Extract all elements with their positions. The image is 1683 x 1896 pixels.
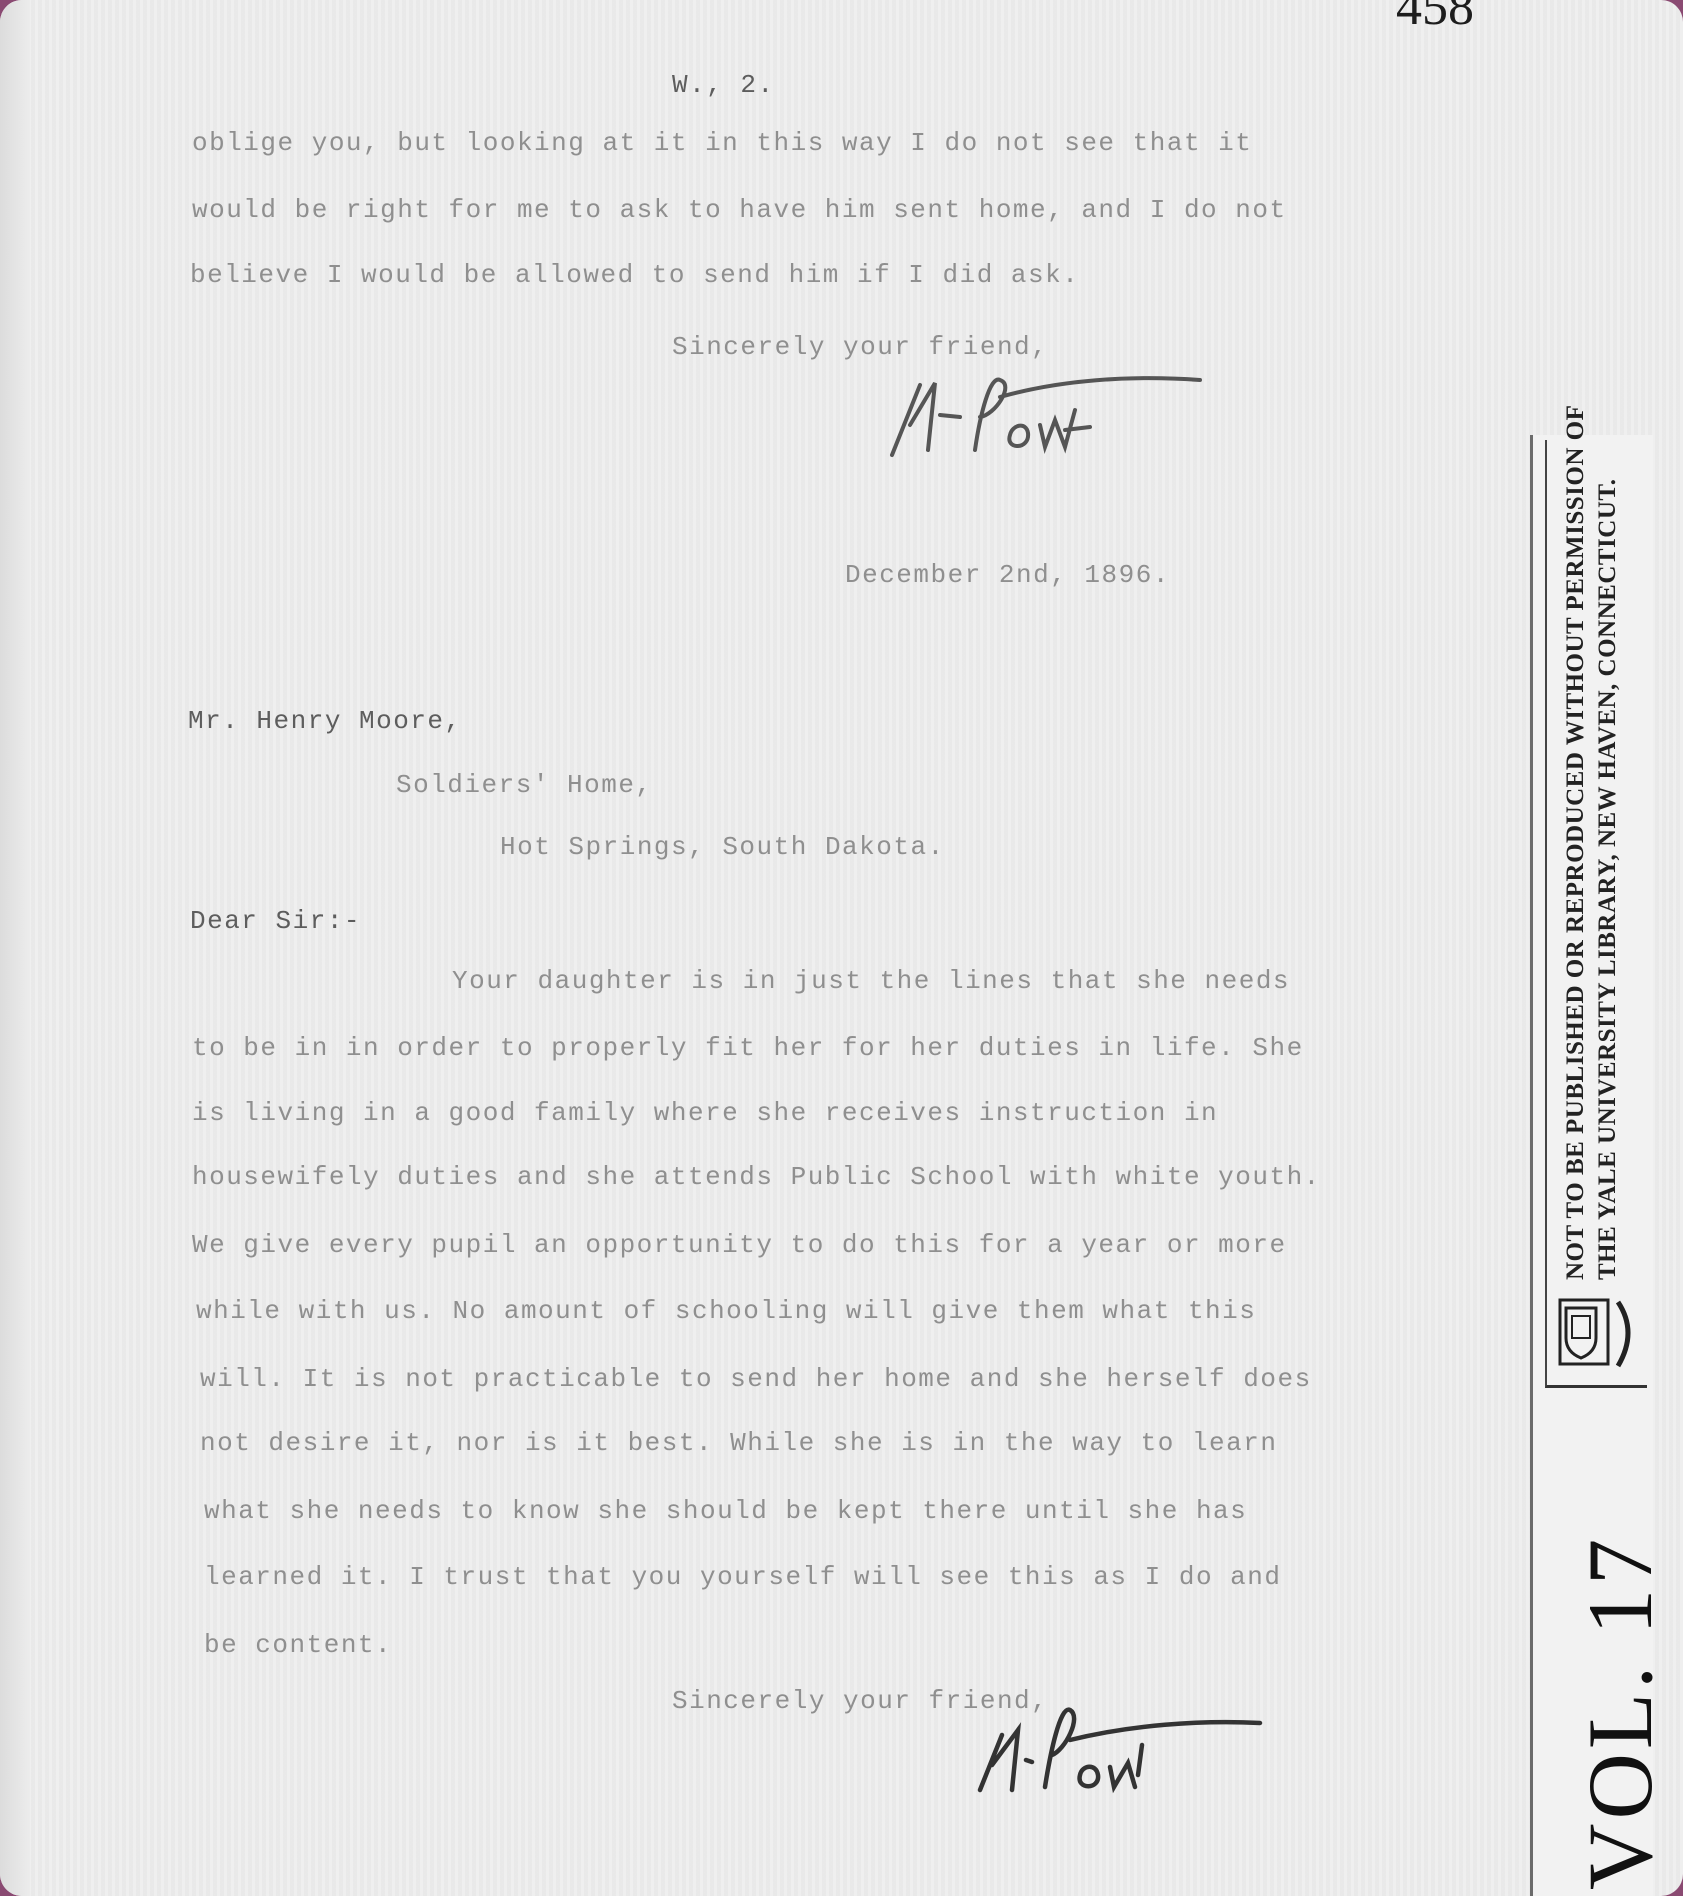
body-line: will. It is not practicable to send her … — [200, 1364, 1312, 1394]
letter1-line: would be right for me to ask to have him… — [192, 195, 1287, 225]
body-line: is living in a good family where she rec… — [192, 1098, 1218, 1128]
letter1-line: oblige you, but looking at it in this wa… — [192, 128, 1252, 158]
body-line: not desire it, nor is it best. While she… — [200, 1428, 1277, 1458]
document-page: 458 W., 2. oblige you, but looking at it… — [0, 0, 1683, 1896]
continuation-header: W., 2. — [672, 70, 775, 100]
body-line: what she needs to know she should be kep… — [204, 1496, 1247, 1526]
salutation: Dear Sir:- — [190, 906, 361, 936]
page-number: 458 — [1396, 0, 1474, 37]
recipient-address-2: Hot Springs, South Dakota. — [500, 832, 945, 862]
recipient-address-1: Soldiers' Home, — [396, 770, 653, 800]
recipient-name: Mr. Henry Moore, — [188, 706, 462, 736]
letter-date: December 2nd, 1896. — [845, 560, 1170, 590]
body-line: be content. — [204, 1630, 392, 1660]
scan-edge — [0, 0, 30, 1896]
stamp-line-1: NOT TO BE PUBLISHED OR REPRODUCED WITHOU… — [1560, 405, 1592, 1280]
body-line: Your daughter is in just the lines that … — [452, 966, 1290, 996]
volume-label: VOL. 17 — [1567, 1535, 1673, 1890]
body-line: housewifely duties and she attends Publi… — [192, 1162, 1321, 1192]
signature-pratt-2 — [960, 1695, 1270, 1805]
body-line: We give every pupil an opportunity to do… — [192, 1230, 1287, 1260]
body-line: learned it. I trust that you yourself wi… — [204, 1562, 1281, 1592]
yale-crest-icon — [1552, 1290, 1642, 1380]
stamp-line-2: THE YALE UNIVERSITY LIBRARY, NEW HAVEN, … — [1592, 405, 1624, 1280]
letter1-line: believe I would be allowed to send him i… — [190, 260, 1079, 290]
body-line: while with us. No amount of schooling wi… — [196, 1296, 1256, 1326]
signature-pratt-1 — [880, 355, 1210, 475]
body-line: to be in in order to properly fit her fo… — [192, 1033, 1304, 1063]
archive-stamp: NOT TO BE PUBLISHED OR REPRODUCED WITHOU… — [1560, 405, 1624, 1280]
